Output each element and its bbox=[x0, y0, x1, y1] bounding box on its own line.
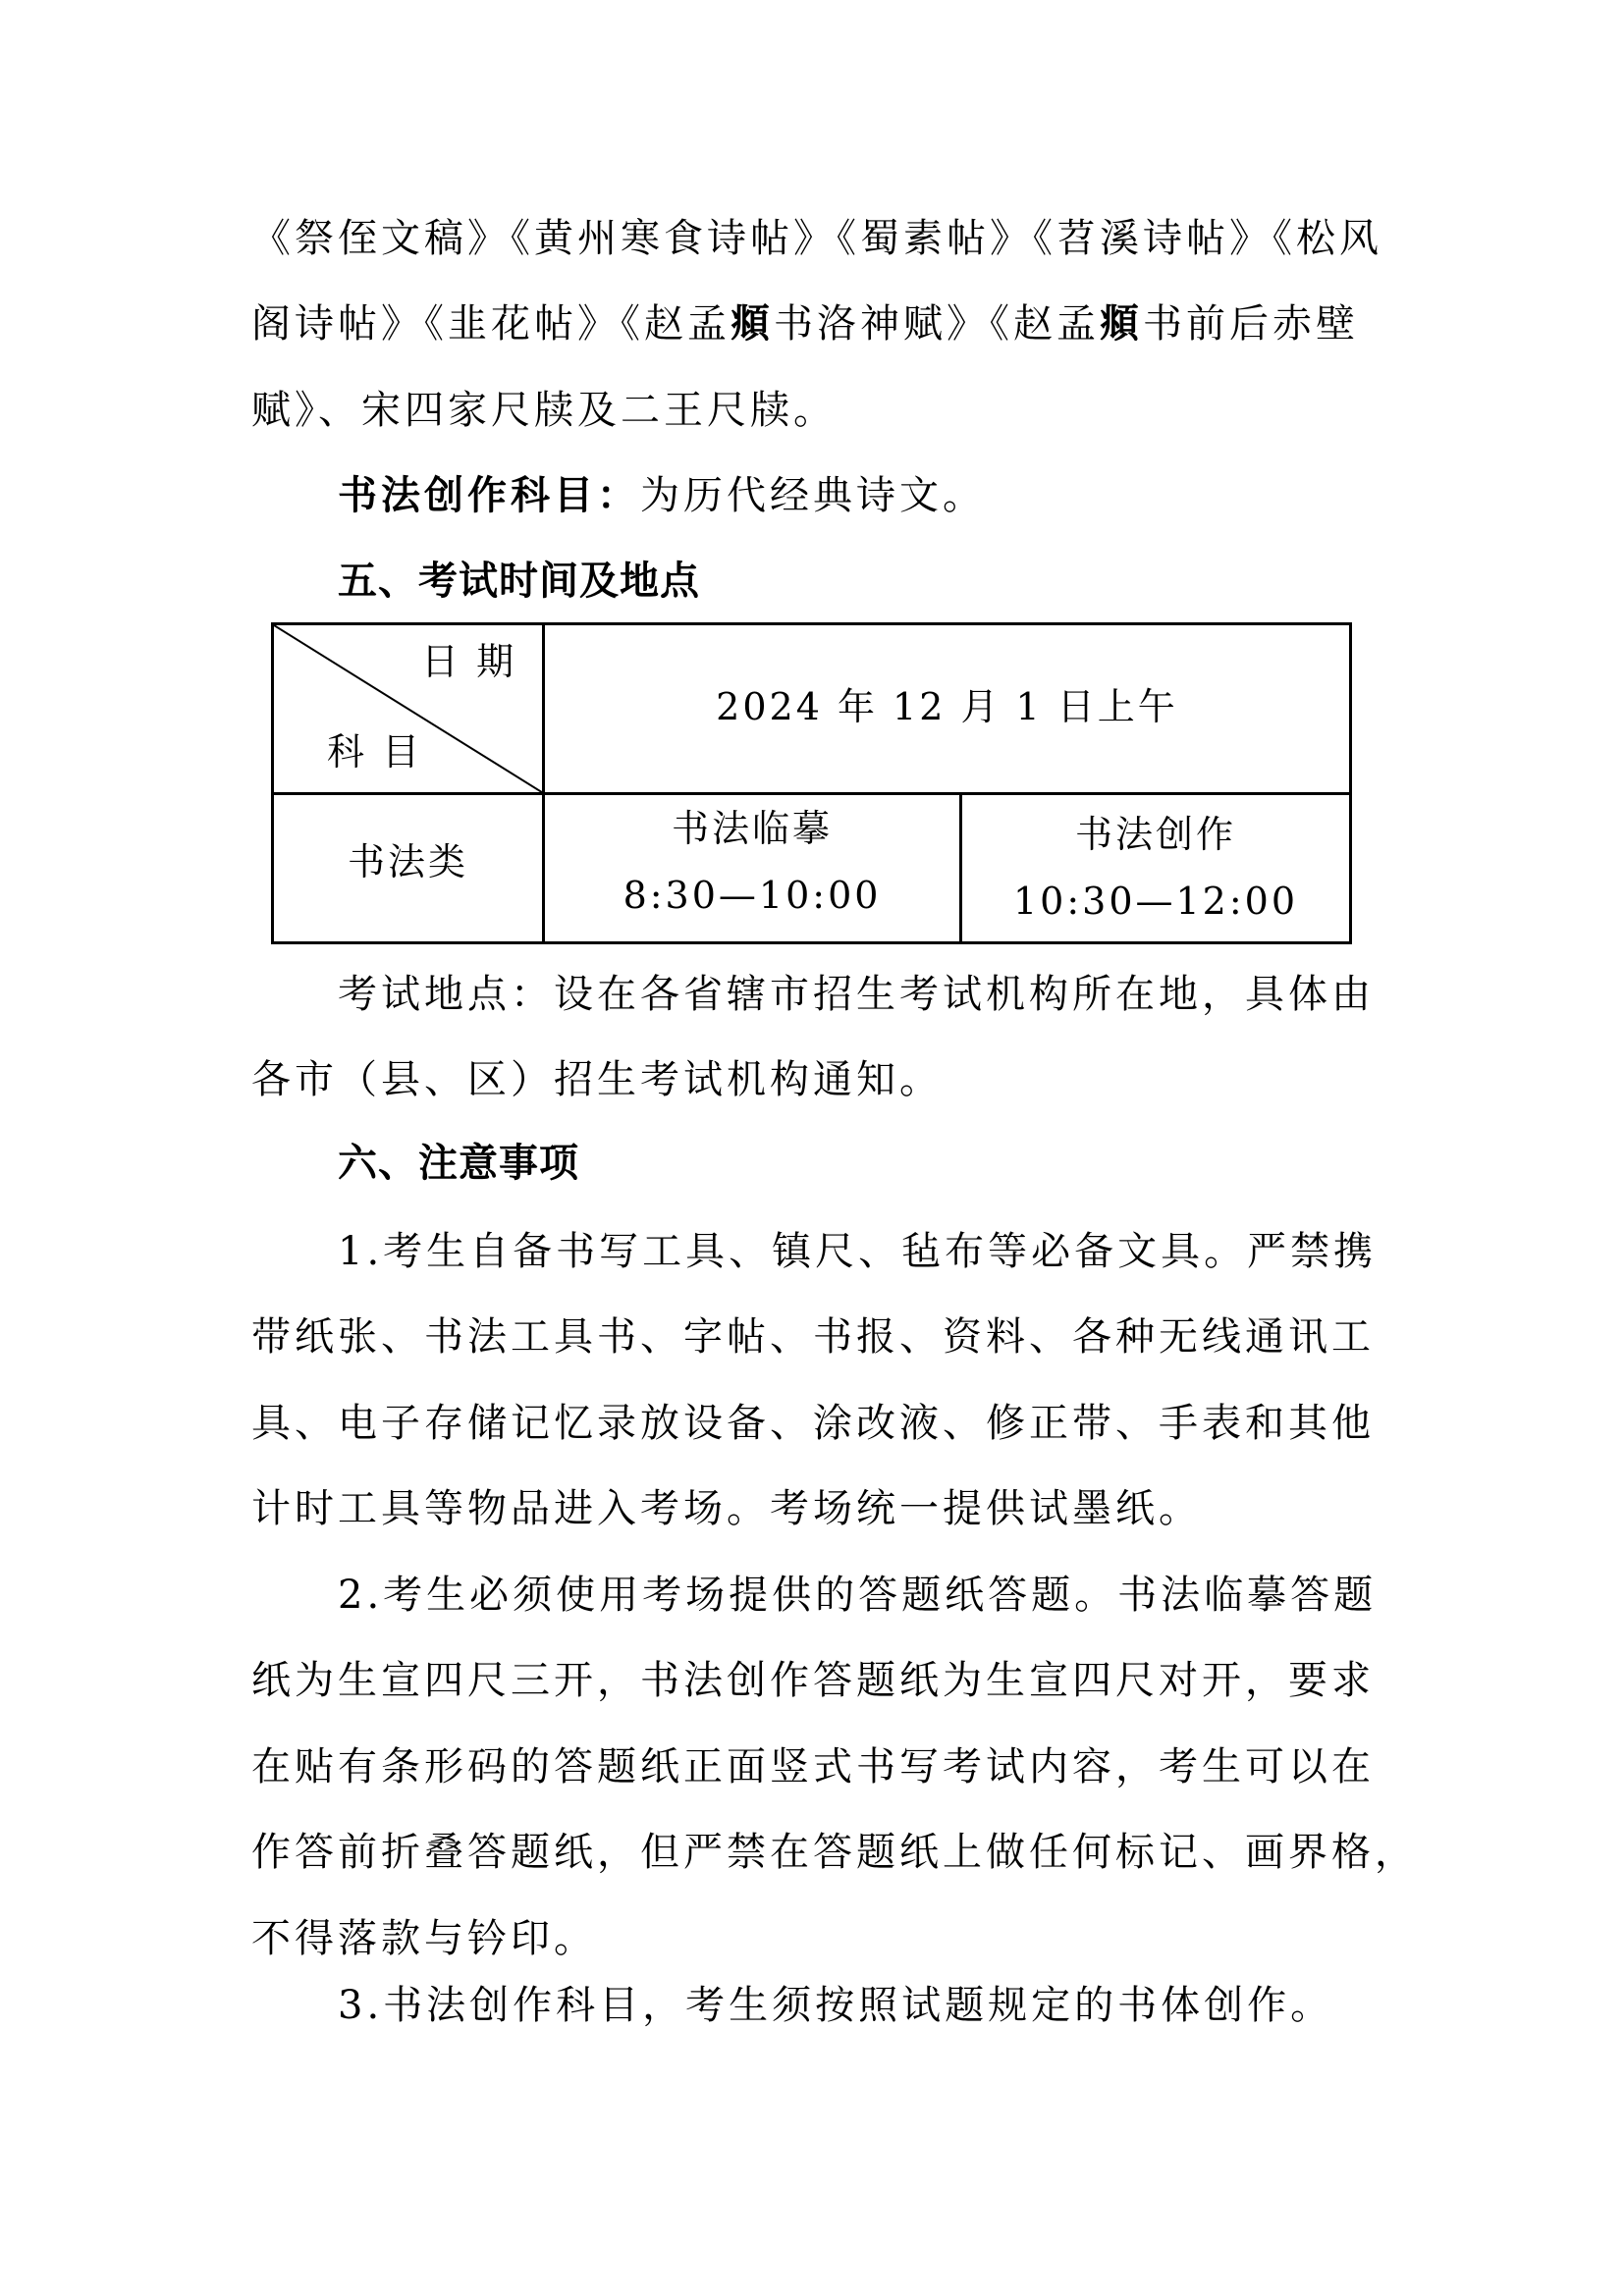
titles-line-2c: 书洛神赋》《赵孟 bbox=[774, 301, 1100, 347]
item2-line-4: 作答前折叠答题纸，但严禁在答题纸上做任何标记、画界格， bbox=[251, 1828, 1380, 1877]
item2-line-5: 不得落款与钤印。 bbox=[251, 1914, 1380, 1963]
subject-name-2: 书法创作 bbox=[962, 812, 1349, 857]
exam-schedule-table: 日 期 科 目 2024 年 12 月 1 日上午 书法类 书法临摹 8:30—… bbox=[271, 622, 1352, 944]
titles-line-2e: 书前后赤壁 bbox=[1143, 301, 1359, 347]
corner-subject-label: 科 目 bbox=[327, 729, 422, 774]
item2-line-2: 纸为生宣四尺三开，书法创作答题纸为生宣四尺对开，要求 bbox=[251, 1656, 1380, 1705]
subject-name-1: 书法临摹 bbox=[545, 806, 959, 851]
category-label: 书法类 bbox=[274, 839, 542, 884]
section5-heading: 五、考试时间及地点 bbox=[338, 557, 1467, 606]
subject-time-2: 10:30—12:00 bbox=[962, 879, 1349, 924]
item3-line: 3.书法创作科目，考生须按照试题规定的书体创作。 bbox=[338, 1981, 1467, 2030]
section6-heading: 六、注意事项 bbox=[338, 1139, 1467, 1188]
item2-line-3: 在贴有条形码的答题纸正面竖式书写考试内容，考生可以在 bbox=[251, 1742, 1380, 1791]
item2-line-1: 2.考生必须使用考场提供的答题纸答题。书法临摹答题 bbox=[338, 1571, 1467, 1620]
item1-line-3: 具、电子存储记忆录放设备、涂改液、修正带、手表和其他 bbox=[251, 1399, 1380, 1448]
exam-date: 2024 年 12 月 1 日上午 bbox=[545, 684, 1349, 729]
titles-line-2a: 阁诗帖》《韭花帖》《赵孟 bbox=[251, 301, 731, 347]
location-line-1: 考试地点：设在各省辖市招生考试机构所在地，具体由 bbox=[338, 970, 1467, 1019]
item1-line-1: 1.考生自备书写工具、镇尺、毡布等必备文具。严禁携 bbox=[338, 1227, 1467, 1276]
row-divider bbox=[274, 792, 1349, 795]
titles-line-2: 阁诗帖》《韭花帖》《赵孟頫书洛神赋》《赵孟頫书前后赤壁 bbox=[251, 299, 1380, 348]
creation-subject-label: 书法创作科目： bbox=[338, 473, 640, 518]
item1-line-2: 带纸张、书法工具书、字帖、书报、资料、各种无线通讯工 bbox=[251, 1312, 1380, 1362]
location-line-2: 各市（县、区）招生考试机构通知。 bbox=[251, 1055, 1380, 1104]
creation-subject: 书法创作科目：为历代经典诗文。 bbox=[338, 471, 1467, 520]
subject-time-1: 8:30—10:00 bbox=[545, 873, 959, 918]
titles-line-3: 赋》、宋四家尺牍及二王尺牍。 bbox=[251, 386, 1380, 435]
fu-char-1: 頫 bbox=[731, 301, 774, 347]
creation-subject-text: 为历代经典诗文。 bbox=[640, 473, 986, 518]
corner-date-label: 日 期 bbox=[421, 639, 516, 684]
titles-line-1: 《祭侄文稿》《黄州寒食诗帖》《蜀素帖》《苕溪诗帖》《松风 bbox=[251, 214, 1380, 263]
item1-line-4: 计时工具等物品进入考场。考场统一提供试墨纸。 bbox=[251, 1484, 1380, 1533]
fu-char-2: 頫 bbox=[1100, 301, 1143, 347]
